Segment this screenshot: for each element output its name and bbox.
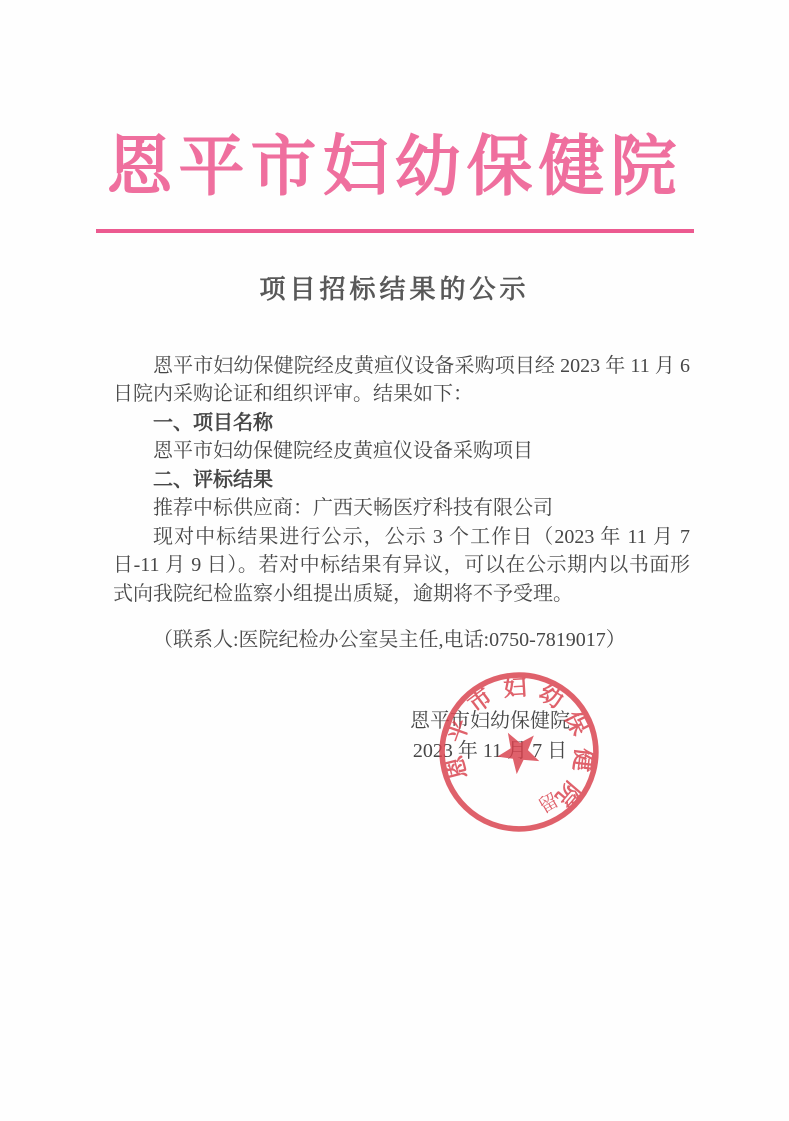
section2-publicity-line: 现对中标结果进行公示，公示 3 个工作日（2023 年 11 月 7 日-11 …: [113, 523, 690, 609]
signature-block: 恩平市妇幼保健院 2023 年 11 月 7 日: [385, 706, 595, 766]
page-title: 项目招标结果的公示: [0, 269, 789, 306]
section1-heading: 一、项目名称: [113, 409, 690, 438]
document-body: 恩平市妇幼保健院经皮黄疸仪设备采购项目经 2023 年 11 月 6 日院内采购…: [113, 352, 690, 655]
section2-heading: 二、评标结果: [113, 466, 690, 495]
seal-bottom-char: 留: [535, 789, 563, 818]
document-page: 恩平市妇幼保健院 项目招标结果的公示 恩平市妇幼保健院经皮黄疸仪设备采购项目经 …: [0, 0, 789, 1121]
contact-line: （联系人:医院纪检办公室吴主任,电话:0750-7819017）: [113, 626, 690, 655]
letterhead-hospital-name: 恩平市妇幼保健院: [0, 132, 789, 205]
section2-winner-line: 推荐中标供应商：广西天畅医疗科技有限公司: [113, 494, 690, 523]
section1-content: 恩平市妇幼保健院经皮黄疸仪设备采购项目: [113, 437, 690, 466]
signature-date: 2023 年 11 月 7 日: [385, 736, 595, 766]
intro-paragraph: 恩平市妇幼保健院经皮黄疸仪设备采购项目经 2023 年 11 月 6 日院内采购…: [113, 352, 690, 409]
signature-organization: 恩平市妇幼保健院: [385, 706, 595, 736]
letterhead-rule: [96, 229, 694, 233]
